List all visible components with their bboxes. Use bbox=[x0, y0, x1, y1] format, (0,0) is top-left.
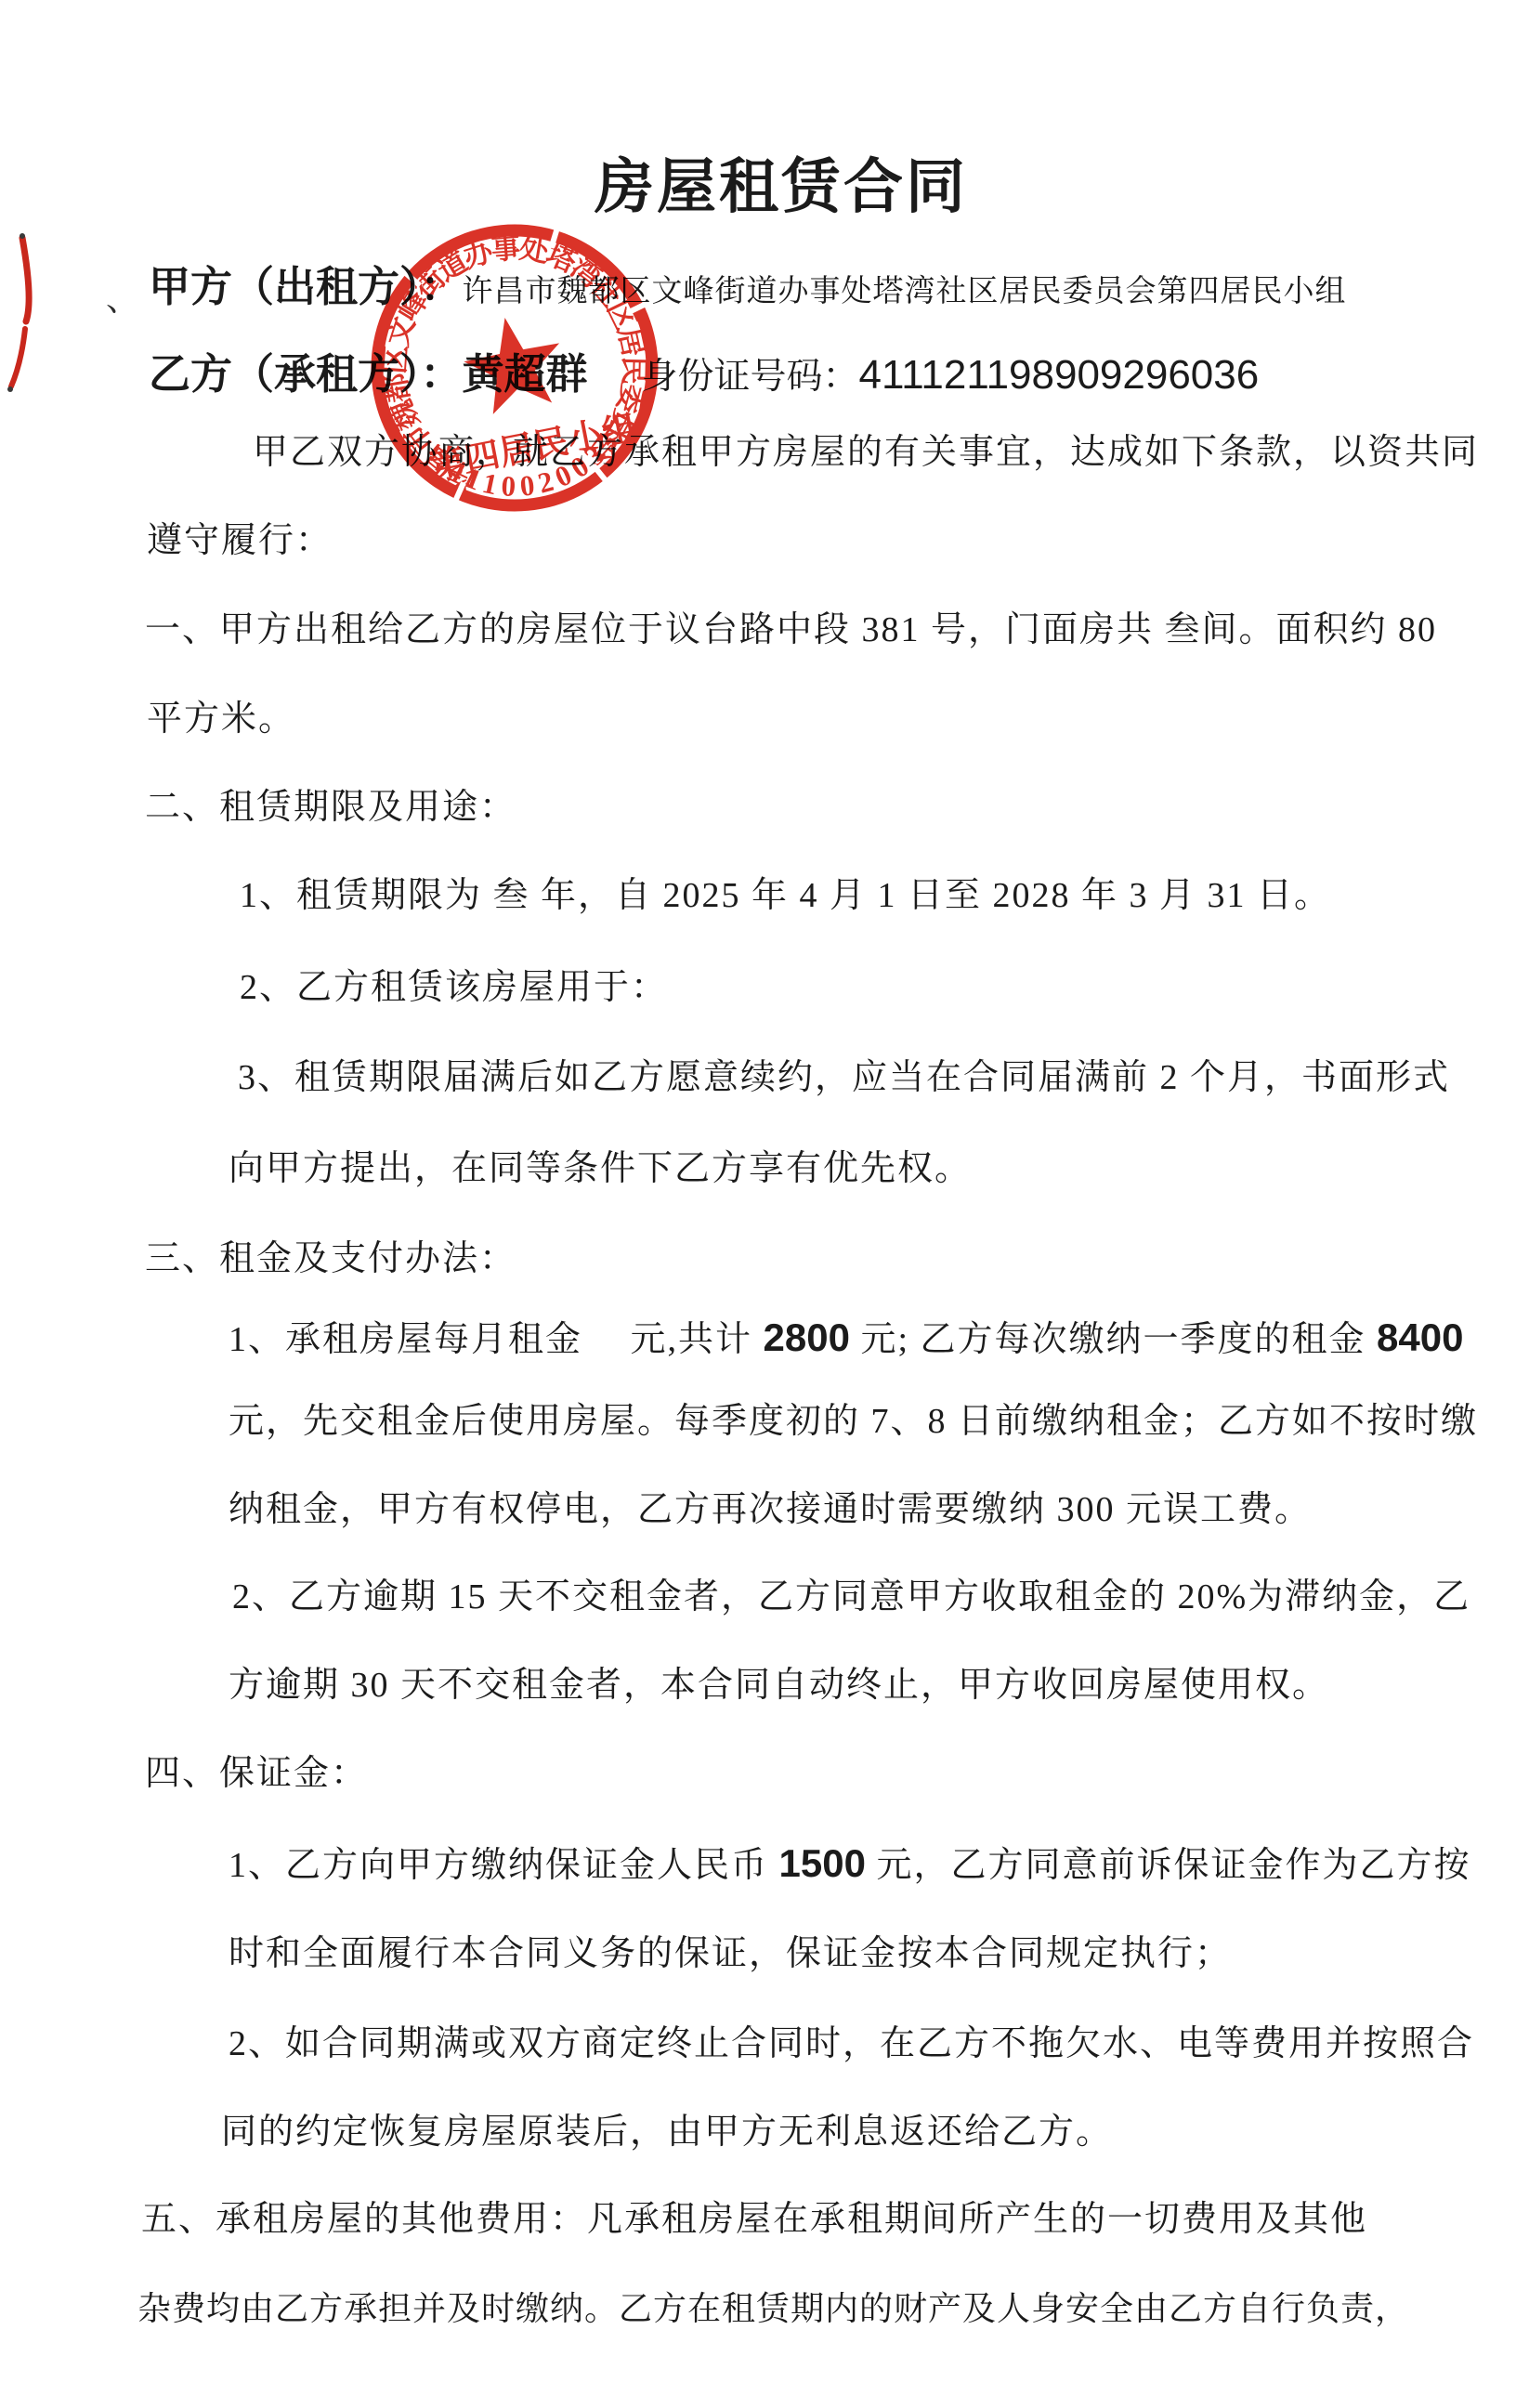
section-3-clause-1-line-3: 纳租金，甲方有权停电，乙方再次接通时需要缴纳 300 元误工费。 bbox=[229, 1487, 1312, 1532]
section-2-clause-3-line-2: 向甲方提出，在同等条件下乙方享有优先权。 bbox=[229, 1146, 972, 1191]
section-5-line-2: 杂费均由乙方承担并及时缴纳。乙方在租赁期内的财产及人身安全由乙方自行负责， bbox=[137, 2286, 1409, 2331]
section-3-clause-2-line-2: 方逾期 30 天不交租金者，本合同自动终止，甲方收回房屋使用权。 bbox=[229, 1663, 1329, 1708]
section-3-clause-1-line-1: 1、承租房屋每月租金 元,共计 2800 元; 乙方每次缴纳一季度的租金 840… bbox=[229, 1315, 1463, 1362]
section-1-line-1: 一、甲方出租给乙方的房屋位于议台路中段 381 号，门面房共 叁间。面积约 80 bbox=[145, 608, 1437, 652]
party-b-line: 乙方（承租方）：黄超群身份证号码：411121198909296036 bbox=[149, 340, 1259, 400]
star-icon bbox=[457, 308, 570, 418]
section-4-clause-1-line-1: 1、乙方向甲方缴纳保证金人民币 1500 元，乙方同意前诉保证金作为乙方按 bbox=[229, 1841, 1470, 1888]
intro-line-2: 遵守履行： bbox=[147, 518, 333, 563]
section-2-heading: 二、租赁期限及用途： bbox=[145, 785, 516, 830]
stray-ink-tick: 、 bbox=[106, 273, 139, 321]
official-seal: 许昌市魏都区文峰街道办事处塔湾社区居民委员会 第四居民小组 4110020033 bbox=[319, 172, 711, 564]
section-2-clause-3-line-1: 3、租赁期限届满后如乙方愿意续约，应当在合同届满前 2 个月，书面形式 bbox=[238, 1055, 1450, 1100]
section-4-clause-2-line-2: 同的约定恢复房屋原装后，由甲方无利息返还给乙方。 bbox=[221, 2110, 1113, 2154]
left-edge-seal-mark bbox=[0, 229, 43, 399]
section-3-heading: 三、租金及支付办法： bbox=[145, 1237, 516, 1281]
section-4-heading: 四、保证金： bbox=[145, 1751, 368, 1796]
section-3-clause-2-line-1: 2、乙方逾期 15 天不交租金者，乙方同意甲方收取租金的 20%为滞纳金，乙 bbox=[232, 1575, 1470, 1619]
section-1-line-2: 平方米。 bbox=[147, 697, 295, 741]
section-3-clause-1-line-2: 元，先交租金后使用房屋。每季度初的 7、8 日前缴纳租金；乙方如不按时缴 bbox=[229, 1399, 1478, 1444]
section-4-clause-2-line-1: 2、如合同期满或双方商定终止合同时，在乙方不拖欠水、电等费用并按照合 bbox=[229, 2022, 1474, 2066]
section-4-clause-1-line-2: 时和全面履行本合同义务的保证，保证金按本合同规定执行； bbox=[229, 1931, 1232, 1976]
section-2-clause-1: 1、租赁期限为 叁 年，自 2025 年 4 月 1 日至 2028 年 3 月… bbox=[240, 873, 1331, 918]
section-5-line-1: 五、承租房屋的其他费用：凡承租房屋在承租期间所产生的一切费用及其他 bbox=[141, 2197, 1367, 2242]
contract-page: 、 房屋租赁合同 甲方（出租方）：许昌市魏都区文峰街道办事处塔湾社区居民委员会第… bbox=[0, 0, 1516, 2408]
id-number-value: 411121198909296036 bbox=[859, 352, 1260, 398]
section-2-clause-2: 2、乙方租赁该房屋用于： bbox=[240, 965, 668, 1010]
